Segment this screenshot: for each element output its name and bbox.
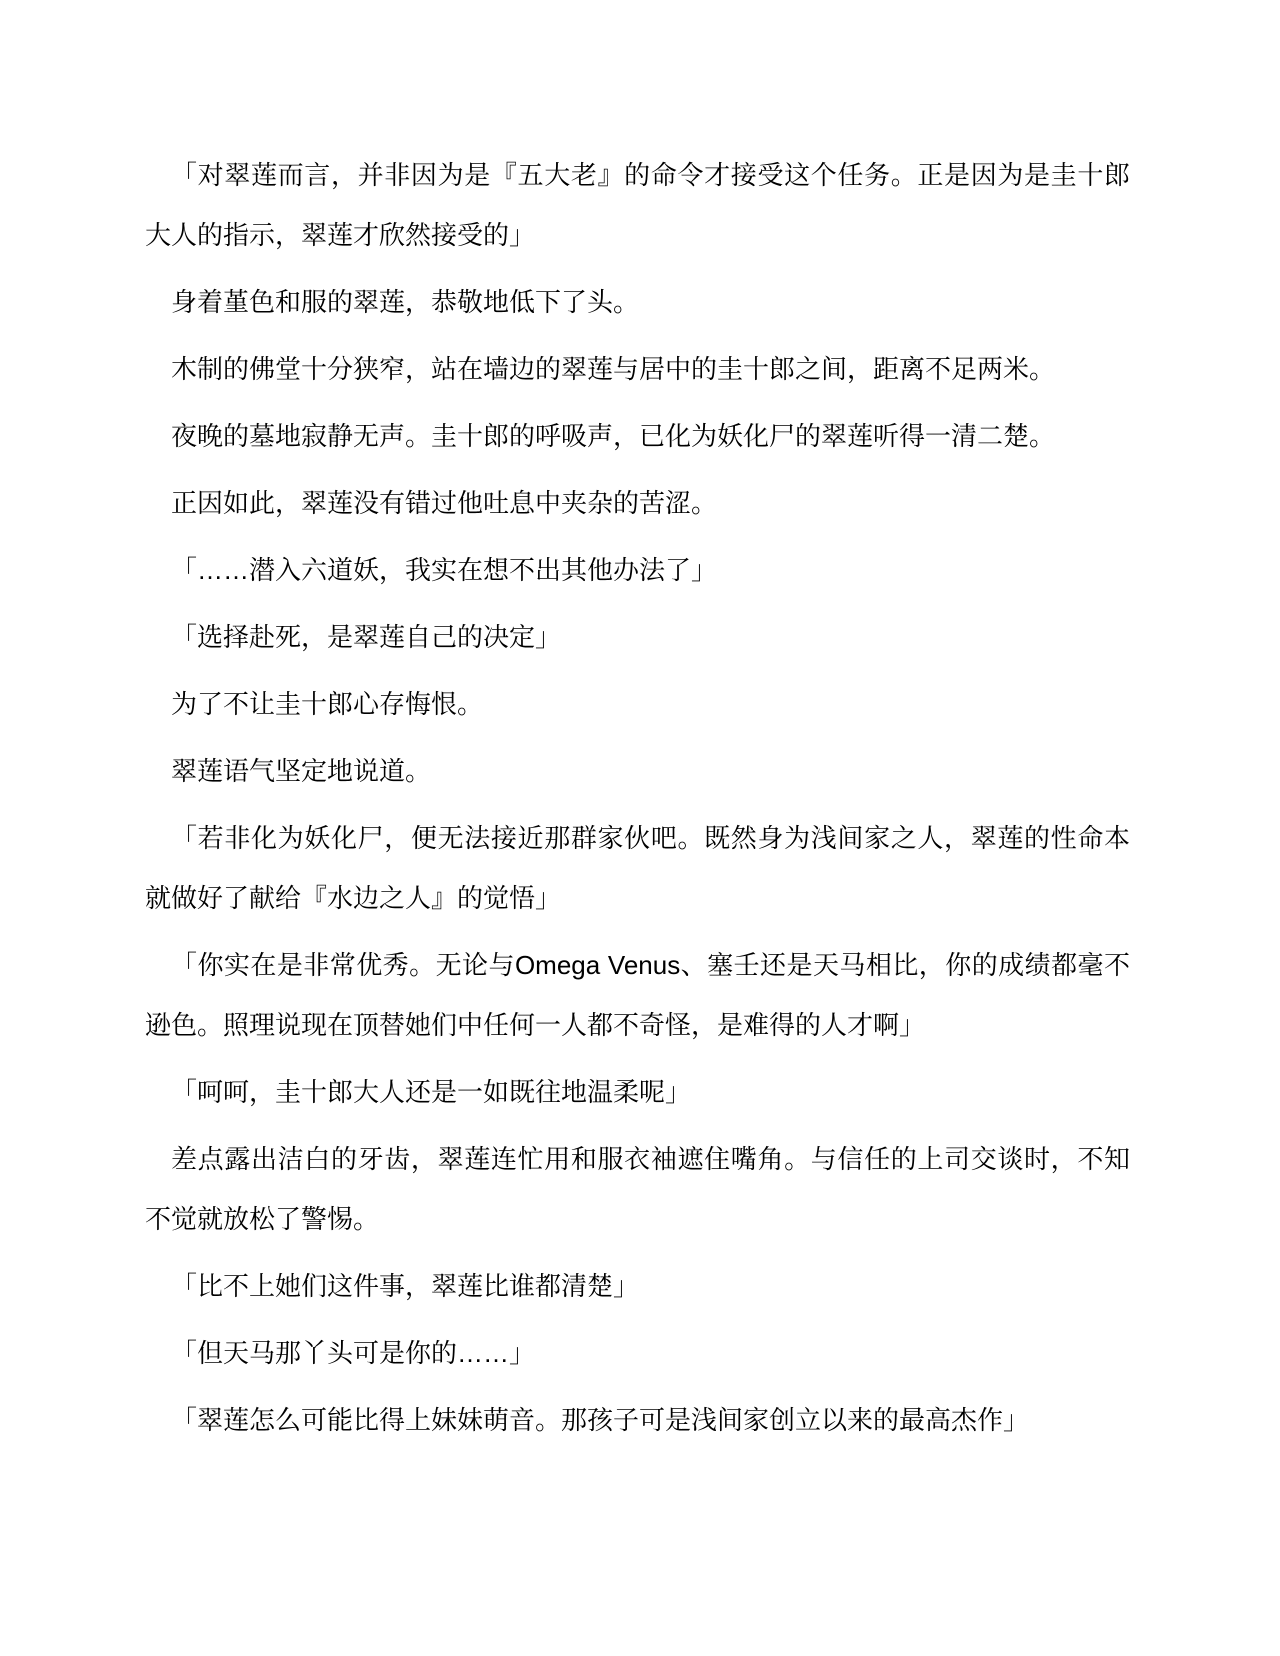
paragraph-dialogue: 「……潜入六道妖，我实在想不出其他办法了」 [145, 540, 1130, 600]
paragraph-narration: 正因如此，翠莲没有错过他吐息中夹杂的苦涩。 [145, 473, 1130, 533]
paragraph-dialogue: 「但天马那丫头可是你的……」 [145, 1323, 1130, 1383]
paragraph-dialogue: 「翠莲怎么可能比得上妹妹萌音。那孩子可是浅间家创立以来的最高杰作」 [145, 1390, 1130, 1450]
paragraph-dialogue: 「若非化为妖化尸，便无法接近那群家伙吧。既然身为浅间家之人，翠莲的性命本就做好了… [145, 808, 1130, 928]
paragraph-narration: 差点露出洁白的牙齿，翠莲连忙用和服衣袖遮住嘴角。与信任的上司交谈时，不知不觉就放… [145, 1129, 1130, 1249]
paragraph-narration: 木制的佛堂十分狭窄，站在墙边的翠莲与居中的圭十郎之间，距离不足两米。 [145, 339, 1130, 399]
paragraph-dialogue: 「比不上她们这件事，翠莲比谁都清楚」 [145, 1256, 1130, 1316]
paragraph-narration: 为了不让圭十郎心存悔恨。 [145, 674, 1130, 734]
paragraph-dialogue: 「呵呵，圭十郎大人还是一如既往地温柔呢」 [145, 1062, 1130, 1122]
paragraph-narration: 翠莲语气坚定地说道。 [145, 741, 1130, 801]
paragraph-dialogue: 「选择赴死，是翠莲自己的决定」 [145, 607, 1130, 667]
paragraph-narration: 身着堇色和服的翠莲，恭敬地低下了头。 [145, 272, 1130, 332]
paragraph-dialogue: 「对翠莲而言，并非因为是『五大老』的命令才接受这个任务。正是因为是圭十郎大人的指… [145, 145, 1130, 265]
paragraph-narration: 夜晚的墓地寂静无声。圭十郎的呼吸声，已化为妖化尸的翠莲听得一清二楚。 [145, 406, 1130, 466]
paragraph-dialogue: 「你实在是非常优秀。无论与Omega Venus、塞壬还是天马相比，你的成绩都毫… [145, 935, 1130, 1055]
novel-page: 「对翠莲而言，并非因为是『五大老』的命令才接受这个任务。正是因为是圭十郎大人的指… [0, 0, 1280, 1656]
